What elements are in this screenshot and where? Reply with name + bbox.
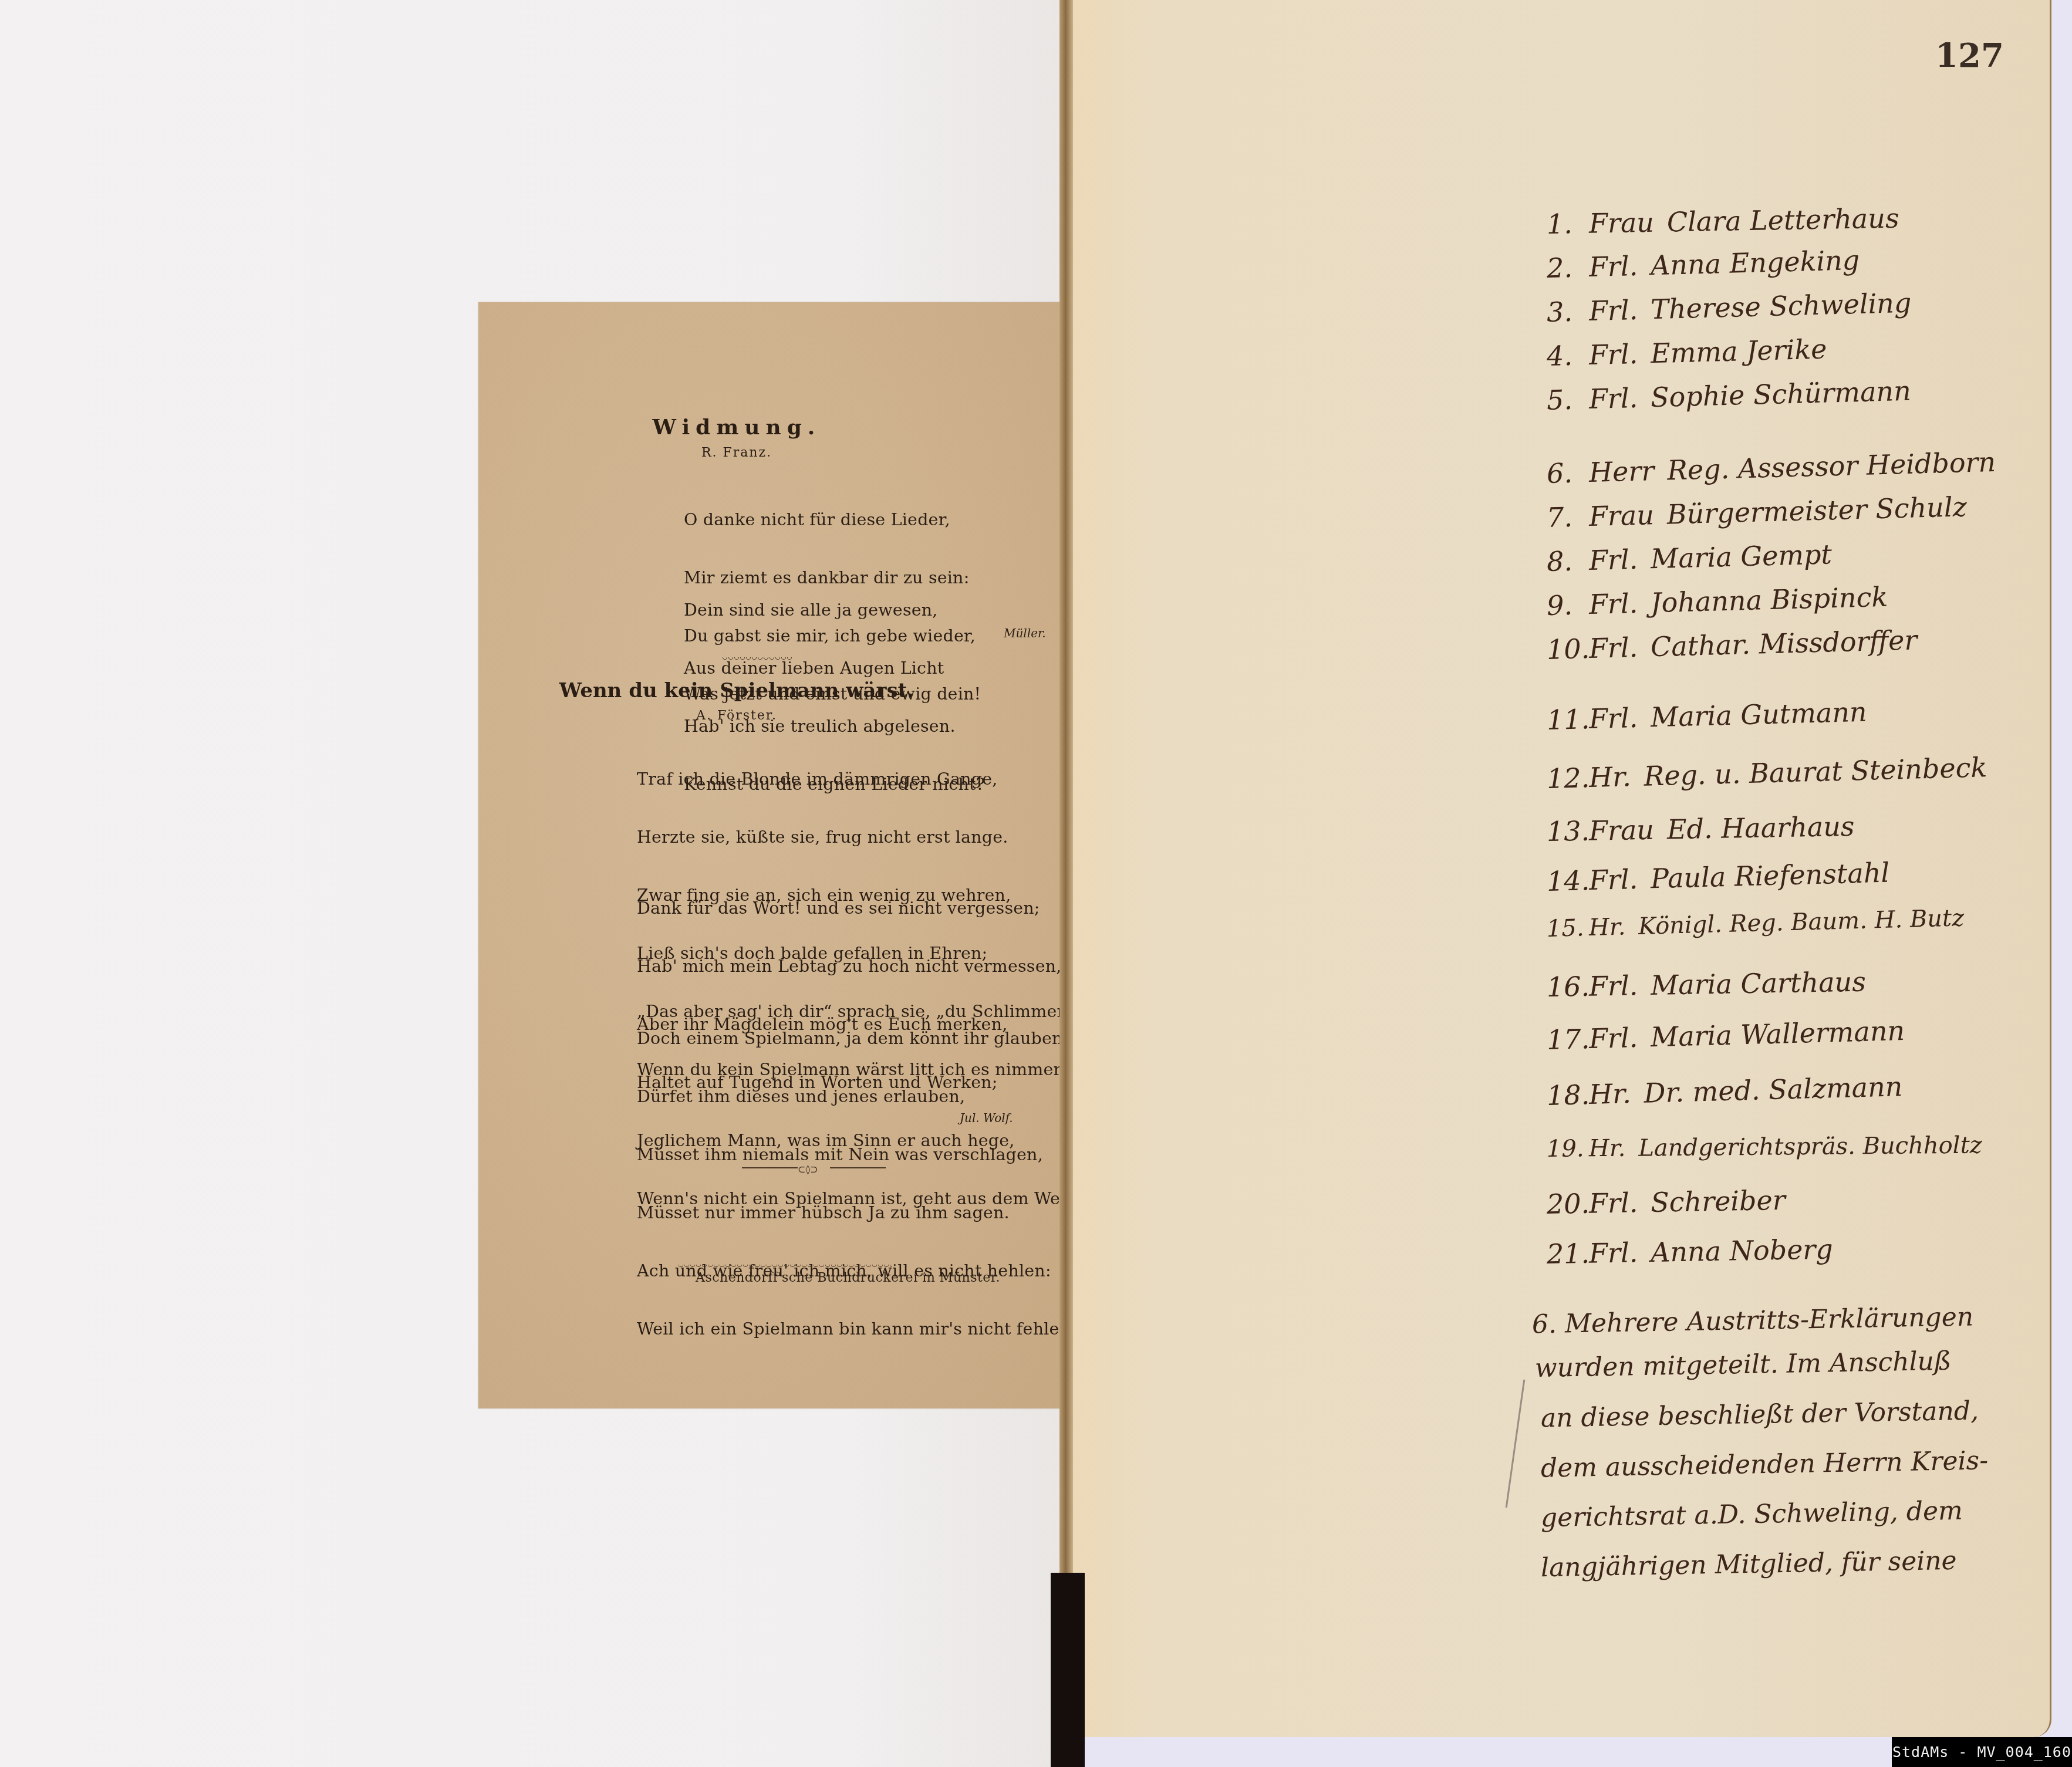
member-entry: 1.FrauClara Letterhaus [1547, 202, 1899, 240]
entry-title: Frau [1589, 814, 1655, 847]
member-entry: 16.Frl.Maria Carthaus [1547, 966, 1867, 1003]
entry-number: 3. [1546, 295, 1589, 328]
poem2-stanza-3: Doch einem Spielmann, ja dem könnt ihr g… [637, 990, 1075, 1377]
entry-number: 20. [1547, 1188, 1590, 1220]
divider-wavy [722, 657, 792, 662]
poem-line: Müsset ihm niemals mit Nein was verschla… [637, 1145, 1075, 1164]
entry-title: Frl. [1588, 863, 1638, 896]
entry-title: Frl. [1588, 250, 1638, 283]
member-entry: 20.Frl.Schreiber [1547, 1184, 1786, 1220]
entry-title: Frl. [1589, 1187, 1638, 1219]
entry-title: Hr. [1588, 761, 1631, 793]
entry-title: Frl. [1588, 631, 1638, 664]
entry-name: Schreiber [1651, 1184, 1786, 1218]
entry-number: 9. [1546, 589, 1589, 621]
poem2-composer: A. Förster. [478, 708, 995, 723]
entry-name: Emma Jerike [1650, 333, 1827, 370]
entry-name: Maria Gutmann [1650, 696, 1867, 734]
entry-name: Ed. Haarhaus [1666, 810, 1854, 846]
entry-name: Landgerichtspräs. Buchholtz [1638, 1132, 1982, 1162]
entry-name: Johanna Bispinck [1650, 581, 1888, 619]
entry-title: Frl. [1588, 338, 1638, 371]
entry-number: 5. [1546, 383, 1589, 416]
entry-name: Clara Letterhaus [1666, 202, 1899, 238]
entry-name: Maria Gempt [1650, 538, 1832, 575]
poem-line: Dank für das Wort! und es sei nicht verg… [637, 898, 1086, 918]
entry-title: Hr. [1589, 1135, 1626, 1163]
entry-number: 14. [1546, 864, 1589, 897]
entry-number: 18. [1546, 1079, 1589, 1111]
poem-line: Traf ich die Blonde im dämmrigen Gange, [637, 769, 1074, 789]
ornament-divider: ⊂◊⊃ [742, 1165, 886, 1171]
book-spine-shadow [1051, 1573, 1085, 1767]
poem1-author: Müller. [1004, 626, 1046, 640]
entry-title: Frl. [1588, 587, 1638, 620]
entry-title: Frau [1589, 207, 1655, 239]
archive-reference-label: StdAMs - MV_004_160 [1892, 1737, 2072, 1767]
entry-number: 11. [1546, 703, 1589, 736]
poem-line: Doch einem Spielmann, ja dem könnt ihr g… [637, 1029, 1075, 1048]
entry-title: Frl. [1589, 1236, 1638, 1269]
entry-number: 17. [1546, 1023, 1589, 1056]
poem-line: Weil ich ein Spielmann bin kann mir's ni… [637, 1319, 1075, 1339]
imprint-rule [678, 1265, 892, 1269]
entry-title: Frl. [1588, 702, 1638, 735]
entry-number: 8. [1546, 545, 1589, 577]
entry-number: 7. [1546, 501, 1589, 533]
entry-title: Frl. [1588, 294, 1638, 327]
entry-title: Herr [1588, 455, 1655, 488]
entry-number: 16. [1547, 971, 1590, 1003]
entry-number: 21. [1547, 1238, 1590, 1270]
poem-line: Dürfet ihm dieses und jenes erlauben, [637, 1087, 1075, 1106]
poem-line: Dein sind sie alle ja gewesen, [684, 600, 985, 620]
entry-number: 4. [1546, 339, 1589, 372]
member-entry: 19.Hr.Landgerichtspräs. Buchholtz [1547, 1132, 1982, 1163]
poem2-title: Wenn du kein Spielmann wärst. [478, 679, 995, 702]
entry-title: Frl. [1588, 382, 1638, 415]
entry-number: 1. [1547, 208, 1590, 240]
entry-number: 12. [1546, 762, 1589, 795]
entry-number: 6. [1546, 457, 1589, 489]
pasted-printed-insert: Widmung. R. Franz. O danke nicht für die… [478, 302, 1062, 1408]
entry-number: 13. [1547, 815, 1590, 847]
poem-line: Hab' mich mein Lebtag zu hoch nicht verm… [637, 957, 1086, 976]
poem-line: Herzte sie, küßte sie, frug nicht erst l… [637, 827, 1074, 847]
entry-number: 10. [1546, 633, 1589, 665]
member-entry: 21.Frl.Anna Noberg [1547, 1233, 1834, 1270]
entry-name: Anna Noberg [1651, 1233, 1833, 1268]
entry-name: Dr. med. Salzmann [1644, 1070, 1903, 1109]
entry-name: Anna Engeking [1650, 244, 1860, 281]
entry-name: Paula Riefenstahl [1650, 857, 1889, 895]
poem1-title: Widmung. [478, 415, 995, 440]
member-entry: 13.FrauEd. Haarhaus [1547, 810, 1855, 847]
entry-number: 19. [1547, 1135, 1589, 1163]
poem2-author: Jul. Wolf. [960, 1111, 1013, 1125]
entry-title: Hr. [1588, 913, 1626, 941]
entry-title: Frau [1588, 499, 1654, 532]
entry-title: Frl. [1589, 969, 1638, 1002]
entry-title: Hr. [1588, 1077, 1631, 1110]
poem1-composer: R. Franz. [478, 445, 995, 460]
entry-number: 2. [1546, 251, 1589, 284]
entry-title: Frl. [1588, 543, 1638, 576]
poem-line: Müsset nur immer hübsch Ja zu ihm sagen. [637, 1203, 1075, 1222]
printer-imprint: Aschendorff'sche Buchdruckerei in Münste… [696, 1271, 1000, 1285]
entry-name: Maria Wallermann [1650, 1015, 1905, 1053]
entry-name: Maria Carthaus [1651, 966, 1867, 1001]
poem-line: O danke nicht für diese Lieder, [684, 510, 981, 529]
entry-title: Frl. [1588, 1022, 1638, 1055]
entry-number: 15. [1546, 914, 1589, 942]
page-number: 127 [1935, 36, 2004, 75]
